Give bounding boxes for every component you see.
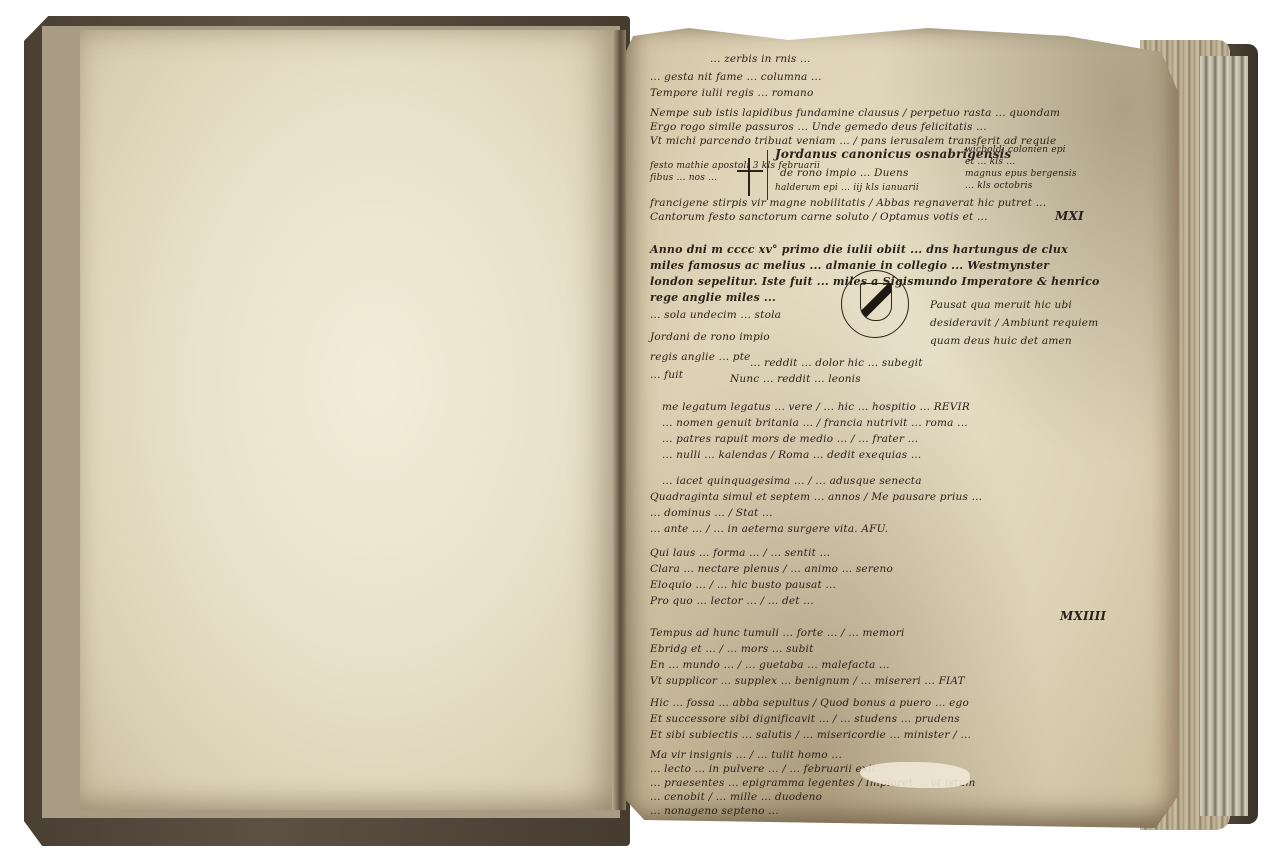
ms-line: me legatum legatus ... vere / ... hic ..… [662,402,970,413]
ms-line: Ergo rogo simile passuros ... Unde gemed… [650,122,987,133]
ms-line: Pro quo ... lector ... / ... det ... [650,596,814,607]
manuscript-text: ... zerbis in rnis ... ... gesta nit fam… [650,42,1130,802]
ms-line: Tempus ad hunc tumuli ... forte ... / ..… [650,628,905,639]
bracket-line [767,150,768,200]
ms-note: et ... kls ... [965,158,1015,167]
ms-margin-note: desideravit / Ambiunt requiem [930,318,1098,329]
ms-note: magnus epus bergensis [965,170,1077,179]
ms-line: ... dominus ... / Stat ... [650,508,773,519]
ms-line: Ma vir insignis ... / ... tulit homo ... [650,750,842,761]
ms-margin-note: ... sola undecim ... stola [650,310,781,321]
ms-line: Qui laus ... forma ... / ... sentit ... [650,548,830,559]
open-book: ... zerbis in rnis ... ... gesta nit fam… [0,0,1280,860]
ms-line: Et successore sibi dignificavit ... / ..… [650,714,960,725]
ms-line: Hic ... fossa ... abba sepultus / Quod b… [650,698,969,709]
ms-line: ... nulli ... kalendas / Roma ... dedit … [662,450,921,461]
ms-line: Et sibi subiectis ... salutis / ... mise… [650,730,971,741]
ms-line: ... nonageno septeno ... [650,806,779,817]
ms-line: ... patres rapuit mors de medio ... / ..… [662,434,918,445]
ms-line: Cantorum festo sanctorum carne soluto / … [650,212,988,223]
fore-edge [1200,56,1248,816]
gutter [612,30,626,810]
ms-margin-note: Pausat qua meruit hic ubi [930,300,1072,311]
ms-line: rege anglie miles ... [650,292,776,303]
ms-line: ... nomen genuit britania ... / francia … [662,418,968,429]
ms-year: MXIIII [1060,610,1106,622]
ms-line: ... gesta nit fame ... columna ... [650,72,822,83]
ms-line: francigene stirpis vir magne nobilitatis… [650,198,1046,209]
ms-margin-note: quam deus huic det amen [930,336,1072,347]
ms-line: Ebridg et ... / ... mors ... subit [650,644,814,655]
ms-line: Anno dni m cccc xv° primo die iulii obii… [650,244,1068,255]
ms-line: Nunc ... reddit ... leonis [730,374,861,385]
ms-line: miles famosus ac melius ... almanie in c… [650,260,1049,271]
blank-left-page [80,30,618,810]
cross-drawing-icon [735,158,765,198]
shield-icon [860,283,892,321]
ms-line: Vt supplicor ... supplex ... benignum / … [650,676,965,687]
ms-note: wicboldi colonien epi [965,146,1066,155]
ms-note: de rono impio ... Duens [780,168,909,179]
ms-margin-note: ... fuit [650,370,683,381]
ms-note: ... kls octobris [965,182,1033,191]
ms-line: Tempore iulii regis ... romano [650,88,814,99]
ms-line: ... lecto ... in pulvere ... / ... febru… [650,764,876,775]
ms-year: MXI [1055,210,1084,222]
ms-line: ... iacet quinquagesima ... / ... adusqu… [662,476,922,487]
ms-line: ... reddit ... dolor hic ... subegit [750,358,923,369]
ms-line: Nempe sub istis lapidibus fundamine clau… [650,108,1060,119]
ms-line: Quadraginta simul et septem ... annos / … [650,492,982,503]
ms-line: Clara ... nectare plenus / ... animo ...… [650,564,893,575]
ms-note: halderum epi ... iij kls ianuarii [775,184,919,193]
ms-line: ... cenobit / ... mille ... duodeno [650,792,822,803]
heraldic-seal-icon [841,270,909,338]
ms-margin-note: Jordani de rono impio [650,332,770,343]
ms-line: En ... mundo ... / ... guetaba ... malef… [650,660,890,671]
ms-line: Eloquio ... / ... hic busto pausat ... [650,580,836,591]
ms-line: ... ante ... / ... in aeterna surgere vi… [650,524,888,535]
ms-line: ... zerbis in rnis ... [710,54,811,65]
ms-margin-note: regis anglie ... pte [650,352,751,363]
ms-note: fibus ... nos ... [650,174,717,183]
